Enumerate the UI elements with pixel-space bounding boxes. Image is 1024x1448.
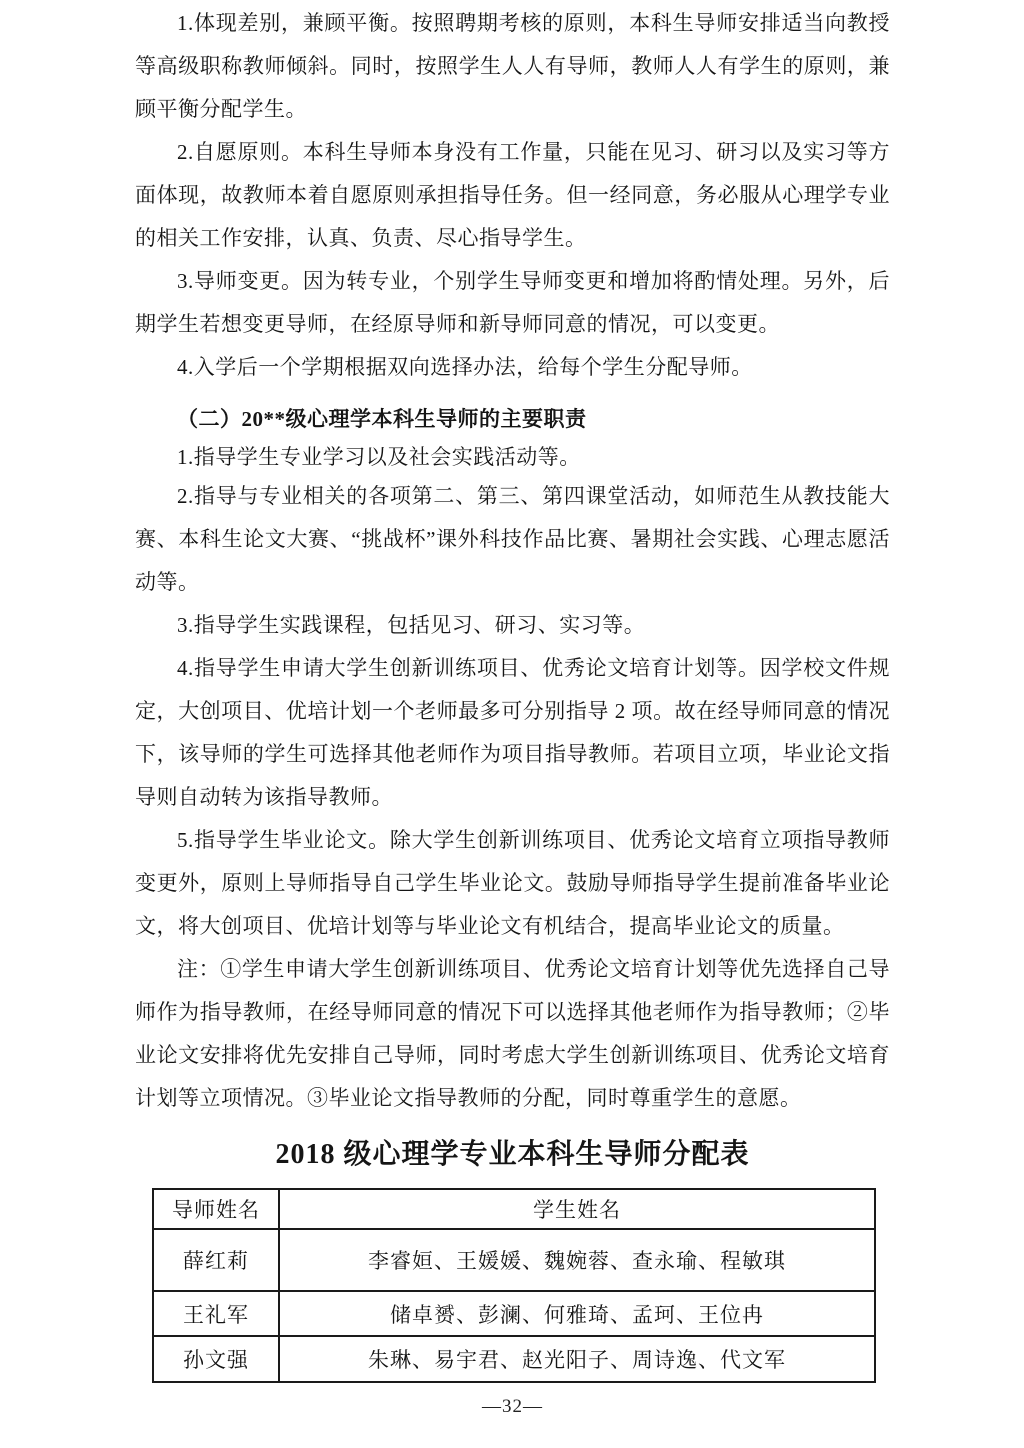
student-names-cell: 李睿姮、王媛媛、魏婉蓉、查永瑜、程敏琪 (279, 1229, 875, 1291)
student-names-cell: 朱琳、易宇君、赵光阳子、周诗逸、代文军 (279, 1336, 875, 1382)
paragraph-duty-1: 1.指导学生专业学习以及社会实践活动等。 (135, 439, 890, 475)
paragraph-principle-1: 1.体现差别，兼顾平衡。按照聘期考核的原则，本科生导师安排适当向教授等高级职称教… (135, 2, 890, 131)
table-row: 王礼军 储卓赟、彭澜、何雅琦、孟珂、王位冉 (153, 1291, 875, 1336)
table-title: 2018 级心理学专业本科生导师分配表 (135, 1132, 890, 1172)
tutor-name-cell: 孙文强 (153, 1336, 279, 1382)
paragraph-principle-3: 3.导师变更。因为转专业，个别学生导师变更和增加将酌情处理。另外，后期学生若想变… (135, 260, 890, 346)
tutor-name-cell: 薛红莉 (153, 1229, 279, 1291)
document-page: 1.体现差别，兼顾平衡。按照聘期考核的原则，本科生导师安排适当向教授等高级职称教… (0, 0, 1024, 1448)
table-header-row: 导师姓名 学生姓名 (153, 1189, 875, 1229)
paragraph-duty-5: 5.指导学生毕业论文。除大学生创新训练项目、优秀论文培育立项指导教师变更外，原则… (135, 819, 890, 948)
paragraph-principle-2: 2.自愿原则。本科生导师本身没有工作量，只能在见习、研习以及实习等方面体现，故教… (135, 131, 890, 260)
student-names-cell: 储卓赟、彭澜、何雅琦、孟珂、王位冉 (279, 1291, 875, 1336)
paragraph-duty-4: 4.指导学生申请大学生创新训练项目、优秀论文培育计划等。因学校文件规定，大创项目… (135, 647, 890, 819)
section-heading-duties: （二）20**级心理学本科生导师的主要职责 (135, 399, 890, 439)
tutor-assignment-table: 导师姓名 学生姓名 薛红莉 李睿姮、王媛媛、魏婉蓉、查永瑜、程敏琪 王礼军 储卓… (152, 1188, 876, 1383)
column-header-student-names: 学生姓名 (279, 1189, 875, 1229)
paragraph-duty-2: 2.指导与专业相关的各项第二、第三、第四课堂活动，如师范生从教技能大赛、本科生论… (135, 475, 890, 604)
paragraph-principle-4: 4.入学后一个学期根据双向选择办法，给每个学生分配导师。 (135, 346, 890, 389)
table-row: 孙文强 朱琳、易宇君、赵光阳子、周诗逸、代文军 (153, 1336, 875, 1382)
paragraph-note: 注：①学生申请大学生创新训练项目、优秀论文培育计划等优先选择自己导师作为指导教师… (135, 948, 890, 1120)
tutor-name-cell: 王礼军 (153, 1291, 279, 1336)
table-row: 薛红莉 李睿姮、王媛媛、魏婉蓉、查永瑜、程敏琪 (153, 1229, 875, 1291)
page-number: —32— (135, 1396, 890, 1418)
paragraph-duty-3: 3.指导学生实践课程，包括见习、研习、实习等。 (135, 604, 890, 647)
column-header-tutor-name: 导师姓名 (153, 1189, 279, 1229)
